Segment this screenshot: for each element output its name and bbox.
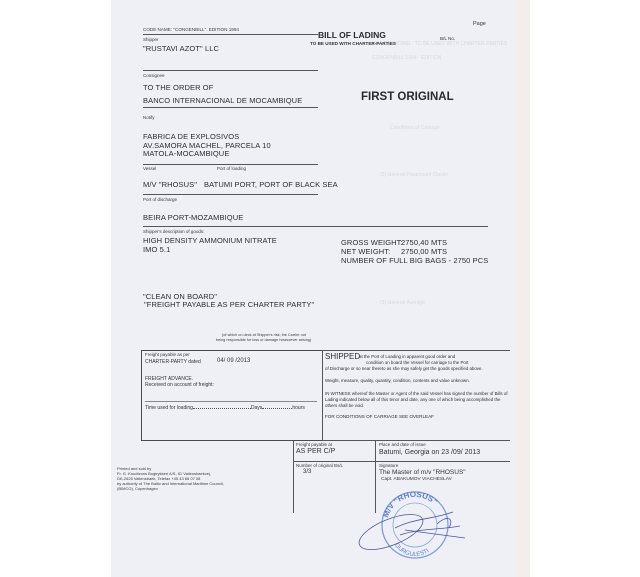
bleed-through-text: Conditions of Carriage [390,125,440,131]
consignee-line-1: TO THE ORDER OF [143,83,213,92]
divider [143,70,318,71]
received-on-account-label: Received on account of freight: [145,382,214,388]
divider [143,164,318,165]
shipper-value: "RUSTAVI AZOT" LLC [143,44,219,53]
shipped-heading: SHIPPED [325,352,360,361]
conditions-of-carriage: FOR CONDITIONS OF CARRIAGE SEE OVERLEAF [325,414,434,419]
time-used-for-loading: Time used for loadingDayshours [145,405,305,411]
freight-payable-at-value: AS PER C/P [296,448,335,455]
net-weight-value: 2750,00 MTS [401,247,447,256]
port-of-discharge-label: Port of discharge [143,197,177,202]
port-of-loading-value: BATUMI PORT, PORT OF BLACK SEA [204,180,338,189]
dotted-fill [193,408,251,409]
notify-label: Notify [143,115,155,120]
place-date-label: Place and date of issue [379,442,426,447]
notify-line-1: FABRICA DE EXPLOSIVOS [143,132,239,141]
code-name: CODE NAME: "CONGENBILL". EDITION 1994 [143,27,239,32]
vessel-value: M/V "RHOSUS" [143,180,197,189]
gross-weight-value: 2750,40 MTS [401,238,447,247]
gross-weight-label: GROSS WEIGHT: [341,238,403,247]
consignee-label: Consignee [143,73,165,78]
vessel-label: Vessel [143,166,156,171]
original-bls-value: 3/3 [303,469,311,475]
time-used-label: Time used for loading [145,405,193,411]
port-of-discharge-value: BEIRA PORT-MOZAMBIQUE [143,213,243,222]
port-of-loading-label: Port of loading [217,166,246,171]
dotted-rule [145,401,317,402]
document-title: BILL OF LADING [318,30,386,40]
grid-line [293,441,294,513]
signature-label: Signature [379,463,398,468]
shipped-line-2: condition on board the Vessel for carria… [366,360,469,366]
box-bottom-border [322,440,510,441]
shipped-line-5: IN WITNESS whereof the Master or Agent o… [325,391,511,408]
divider [143,107,318,108]
original-bls-label: Number of original Bs/L [296,463,343,468]
dotted-fill [262,408,292,409]
page-edge [515,0,530,577]
shipper-label: Shipper [143,37,159,42]
shipped-line-4: Weight, measure, quality, quantity, cond… [325,378,505,384]
bleed-through-text: (3) General Average [380,300,425,306]
bleed-through-text: (2) General Paramount Clause [380,172,448,178]
charter-party-date: 04/ 09 /2013 [217,358,250,364]
bags-count: NUMBER OF FULL BIG BAGS - 2750 PCS [341,256,488,265]
notify-line-3: MATOLA-MOCAMBIQUE [143,149,229,158]
freight-payable-at-label: Freight payable at [296,442,332,447]
divider [143,34,318,35]
shipped-line-3: of Discharge or so near thereto as she m… [325,366,510,372]
net-weight-label: NET WEIGHT: [341,247,390,256]
divider [143,226,488,227]
goods-label: Shipper's description of goods: [143,229,204,234]
vessel-stamp-icon: M/V "RHOSUS" GURGULESTI [345,480,485,570]
printer-line-5: (BIMCO), Copenhagen [117,486,158,491]
shipped-line-1: at the Port of Loading in apparent good … [359,354,455,360]
days-label: Days [251,405,262,411]
original-label: FIRST ORIGINAL [361,91,454,103]
document-subtitle: TO BE USED WITH CHARTER-PARTIES [310,41,396,46]
goods-imo-class: IMO 5.1 [143,245,170,254]
box-divider [322,350,323,441]
consignee-line-2: BANCO INTERNACIONAL DE MOCAMBIQUE [143,96,302,105]
freight-payable-remark: "FREIGHT PAYABLE AS PER CHARTER PARTY" [144,300,314,309]
bleed-through-text: CONGENBILL 1994 · EDITION [372,55,441,61]
grid-line [293,461,510,462]
charter-party-label: CHARTER-PARTY dated [145,359,201,365]
freight-payable-as-per-label: Freight payable as per [145,352,190,357]
place-date-value: Batumi, Georgia on 23 /09/ 2013 [379,449,480,456]
bl-number-label: B/L No. [440,36,455,41]
goods-description: HIGH DENSITY AMMONIUM NITRATE [143,236,277,245]
page-label: Page [473,21,486,27]
divider [143,194,318,195]
deck-note-line-2: being responsible for loss or damage how… [216,338,311,343]
hours-label: hours [292,405,305,411]
box-top-border [322,350,510,351]
signature-line-1: The Master of m/v "RHOSUS" [379,469,466,476]
